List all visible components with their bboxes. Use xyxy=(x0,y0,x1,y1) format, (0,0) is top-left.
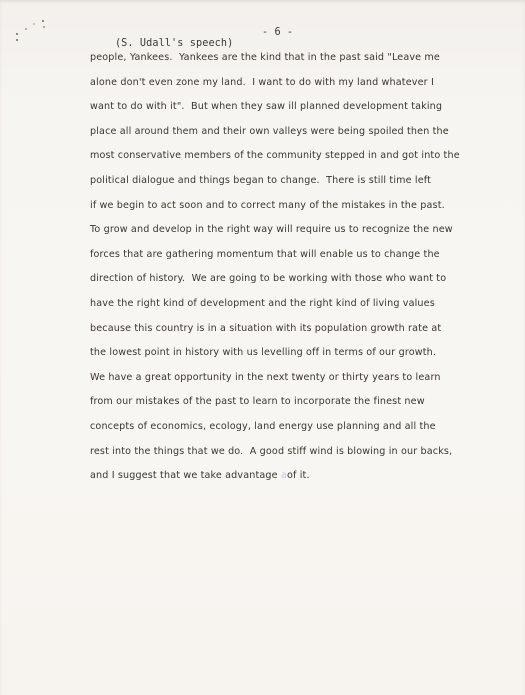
text-line: rest into the things that we do. A good … xyxy=(90,445,510,470)
document-page: (S. Udall's speech) - 6 - people, Yankee… xyxy=(0,0,525,695)
text-line-last: and I suggest that we take advantage aof… xyxy=(90,469,510,494)
text-line: To grow and develop in the right way wil… xyxy=(90,223,510,248)
text-line: people, Yankees. Yankees are the kind th… xyxy=(90,51,510,76)
text-line: if we begin to act soon and to correct m… xyxy=(90,199,510,224)
text-line: because this country is in a situation w… xyxy=(90,322,510,347)
ink-dot xyxy=(16,39,18,41)
ink-dot xyxy=(43,26,45,28)
header-title: (S. Udall's speech) xyxy=(115,38,233,49)
page-number: - 6 - xyxy=(262,27,293,38)
last-line-end: of it. xyxy=(287,470,310,481)
text-line: place all around them and their own vall… xyxy=(90,125,510,150)
text-line: the lowest point in history with us leve… xyxy=(90,346,510,371)
last-line-text: and I suggest that we take advantage xyxy=(90,470,281,481)
text-line: from our mistakes of the past to learn t… xyxy=(90,395,510,420)
ink-dot xyxy=(16,33,18,35)
ink-dot xyxy=(33,23,35,25)
ink-dot xyxy=(42,20,44,22)
text-line: want to do with it". But when they saw i… xyxy=(90,100,510,125)
text-line: political dialogue and things began to c… xyxy=(90,174,510,199)
speech-body: people, Yankees. Yankees are the kind th… xyxy=(90,51,510,494)
text-line: forces that are gathering momentum that … xyxy=(90,248,510,273)
text-line: concepts of economics, ecology, land ene… xyxy=(90,420,510,445)
stray-ink-marks xyxy=(14,18,50,44)
text-line: We have a great opportunity in the next … xyxy=(90,371,510,396)
ink-dot xyxy=(25,28,27,30)
text-line: most conservative members of the communi… xyxy=(90,149,510,174)
text-line: direction of history. We are going to be… xyxy=(90,272,510,297)
text-line: alone don't even zone my land. I want to… xyxy=(90,76,510,101)
text-line: have the right kind of development and t… xyxy=(90,297,510,322)
